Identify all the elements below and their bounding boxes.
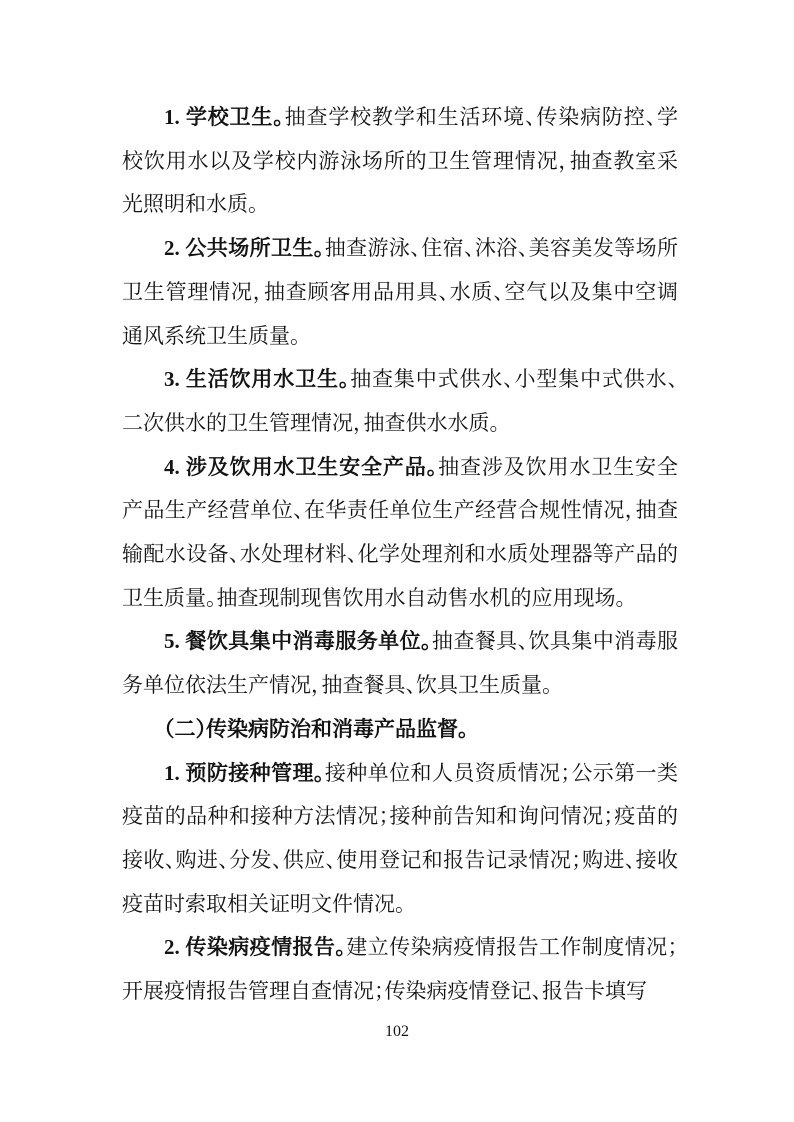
paragraph-epidemic-reporting: 2. 传染病疫情报告。建立传染病疫情报告工作制度情况；开展疫情报告管理自查情况；… [122, 926, 678, 1013]
paragraph-school-hygiene-lead: 1. 学校卫生。 [164, 105, 285, 129]
paragraph-school-hygiene: 1. 学校卫生。抽查学校教学和生活环境、传染病防控、学校饮用水以及学校内游泳场所… [122, 96, 678, 227]
document-page: 1. 学校卫生。抽查学校教学和生活环境、传染病防控、学校饮用水以及学校内游泳场所… [0, 0, 794, 1122]
paragraph-tableware-disinfection-lead: 5. 餐饮具集中消毒服务单位。 [164, 629, 432, 653]
paragraph-water-safety-products-lead: 4. 涉及饮用水卫生安全产品。 [164, 455, 438, 479]
section-heading-infectious-disease-lead: （二）传染病防治和消毒产品监督。 [164, 717, 469, 741]
section-heading-infectious-disease: （二）传染病防治和消毒产品监督。 [122, 708, 678, 752]
paragraph-public-places-hygiene-lead: 2. 公共场所卫生。 [164, 236, 325, 260]
paragraph-tableware-disinfection: 5. 餐饮具集中消毒服务单位。抽查餐具、饮具集中消毒服务单位依法生产情况，抽查餐… [122, 620, 678, 707]
text-block: 1. 学校卫生。抽查学校教学和生活环境、传染病防控、学校饮用水以及学校内游泳场所… [122, 96, 678, 1014]
paragraph-water-safety-products: 4. 涉及饮用水卫生安全产品。抽查涉及饮用水卫生安全产品生产经营单位、在华责任单… [122, 446, 678, 621]
paragraph-vaccination-management: 1. 预防接种管理。接种单位和人员资质情况；公示第一类疫苗的品种和接种方法情况；… [122, 752, 678, 927]
paragraph-vaccination-management-lead: 1. 预防接种管理。 [164, 761, 325, 785]
page-number: 102 [0, 1022, 794, 1042]
paragraph-epidemic-reporting-lead: 2. 传染病疫情报告。 [164, 935, 346, 959]
paragraph-drinking-water-hygiene: 3. 生活饮用水卫生。抽查集中式供水、小型集中式供水、二次供水的卫生管理情况，抽… [122, 358, 678, 445]
paragraph-drinking-water-hygiene-lead: 3. 生活饮用水卫生。 [164, 367, 350, 391]
paragraph-public-places-hygiene: 2. 公共场所卫生。抽查游泳、住宿、沐浴、美容美发等场所卫生管理情况，抽查顾客用… [122, 227, 678, 358]
